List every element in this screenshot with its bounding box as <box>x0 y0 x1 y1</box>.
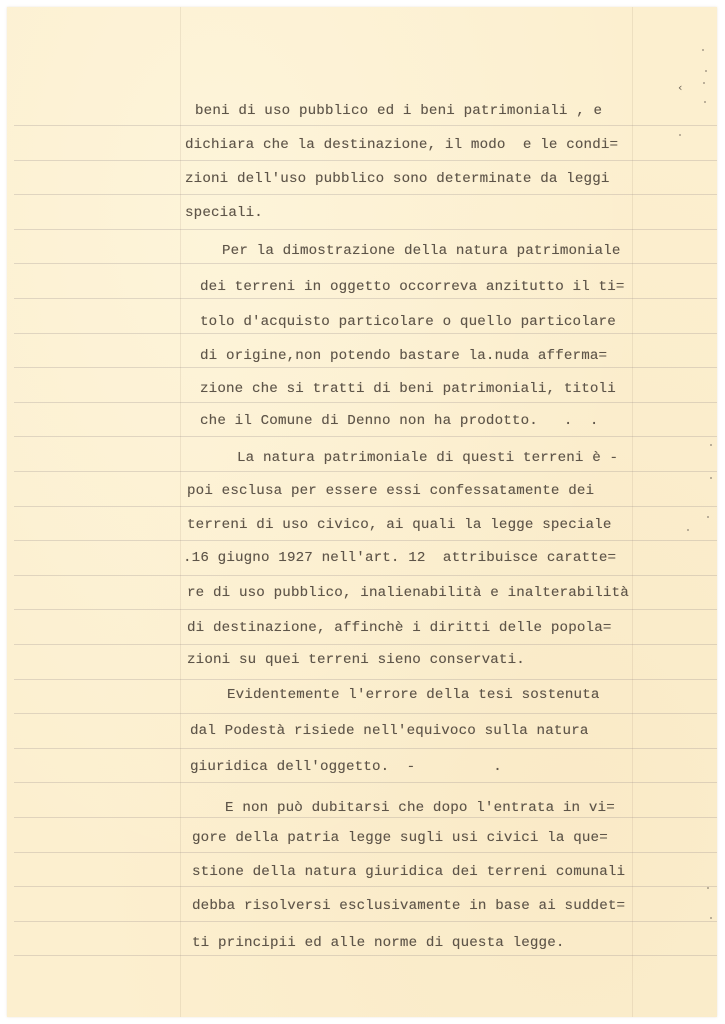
paper-speck <box>710 917 712 919</box>
ruled-line <box>14 955 717 956</box>
text-line: di destinazione, affinchè i diritti dell… <box>187 619 612 637</box>
paper-mark: ‹ <box>678 81 682 94</box>
text-line: stione della natura giuridica dei terren… <box>192 863 625 881</box>
text-line: terreni di uso civico, ai quali la legge… <box>187 516 612 534</box>
ruled-line <box>14 886 717 887</box>
text-line: debba risolversi esclusivamente in base … <box>192 897 625 915</box>
text-line: giuridica dell'oggetto. - . <box>190 758 502 776</box>
ruled-line <box>14 852 717 853</box>
left-margin-line <box>180 7 181 1017</box>
ruled-line <box>14 782 717 783</box>
ruled-line <box>14 644 717 645</box>
ruled-line <box>14 506 717 507</box>
text-line: Per la dimostrazione della natura patrim… <box>222 242 621 260</box>
paper-speck <box>687 529 689 531</box>
ruled-line <box>14 367 717 368</box>
text-line: speciali. <box>185 204 263 222</box>
text-line: E non può dubitarsi che dopo l'entrata i… <box>225 799 615 817</box>
paper-speck <box>710 444 712 446</box>
ruled-line <box>14 817 717 818</box>
paper-speck <box>704 101 706 103</box>
ruled-line <box>14 263 717 264</box>
text-line: zioni dell'uso pubblico sono determinate… <box>185 170 610 188</box>
ruled-line <box>14 679 717 680</box>
paper-speck <box>679 134 681 136</box>
ruled-line <box>14 609 717 610</box>
text-line: poi esclusa per essere essi confessatame… <box>187 482 594 500</box>
ruled-line <box>14 921 717 922</box>
text-line: Evidentemente l'errore della tesi sosten… <box>227 686 600 704</box>
paper-speck <box>703 82 705 84</box>
ruled-line <box>14 125 717 126</box>
text-line: tolo d'acquisto particolare o quello par… <box>200 313 616 331</box>
ruled-line <box>14 229 717 230</box>
paper-speck <box>710 477 712 479</box>
ruled-line <box>14 298 717 299</box>
ruled-line <box>14 748 717 749</box>
ruled-line <box>14 575 717 576</box>
right-margin-line <box>632 7 633 1017</box>
text-line: zione che si tratti di beni patrimoniali… <box>200 380 616 398</box>
ruled-line <box>14 402 717 403</box>
ruled-line <box>14 713 717 714</box>
text-line: dal Podestà risiede nell'equivoco sulla … <box>190 722 589 740</box>
text-line: beni di uso pubblico ed i beni patrimoni… <box>195 102 602 120</box>
text-line: La natura patrimoniale di questi terreni… <box>237 449 618 467</box>
text-line: ti principii ed alle norme di questa leg… <box>192 934 565 952</box>
ruled-line <box>14 333 717 334</box>
paper-speck <box>707 516 709 518</box>
ruled-line <box>14 540 717 541</box>
ruled-line <box>14 436 717 437</box>
text-line: che il Comune di Denno non ha prodotto. … <box>200 412 599 430</box>
text-line: .16 giugno 1927 nell'art. 12 attribuisce… <box>183 549 616 567</box>
ruled-line <box>14 160 717 161</box>
paper-speck <box>705 70 707 72</box>
ruled-line <box>14 471 717 472</box>
paper-speck <box>707 887 709 889</box>
text-line: zioni su quei terreni sieno conservati. <box>187 651 525 669</box>
text-line: gore della patria legge sugli usi civici… <box>192 829 608 847</box>
text-line: dei terreni in oggetto occorreva anzitut… <box>200 278 625 296</box>
typewritten-page: beni di uso pubblico ed i beni patrimoni… <box>7 7 717 1017</box>
ruled-line <box>14 194 717 195</box>
text-line: di origine,non potendo bastare la.nuda a… <box>200 347 607 365</box>
paper-speck <box>702 49 704 51</box>
text-line: re di uso pubblico, inalienabilità e ina… <box>187 584 629 602</box>
text-line: dichiara che la destinazione, il modo e … <box>185 136 618 154</box>
